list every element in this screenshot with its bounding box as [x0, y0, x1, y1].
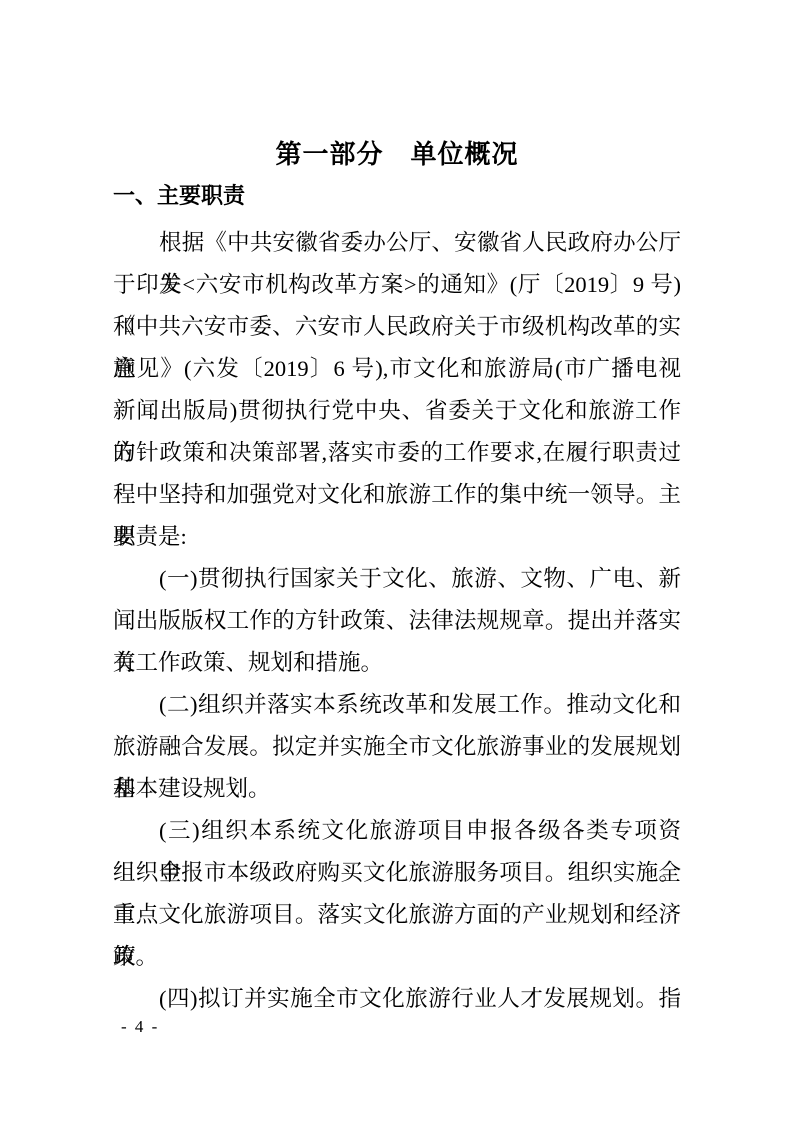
- text-line: 于印发<六安市机构改革方案>的通知》(厅〔2019〕9 号)和: [113, 264, 681, 306]
- text-line: (四)拟订并实施全市文化旅游行业人才发展规划。指: [113, 978, 681, 1020]
- paragraph-duty-2: (二)组织并落实本系统改革和发展工作。推动文化和 旅游融合发展。拟定并实施全市文…: [113, 684, 681, 810]
- page-title: 第一部分 单位概况: [113, 138, 681, 172]
- text-line: 策。: [113, 936, 681, 978]
- text-line: 新闻出版局)贯彻执行党中央、省委关于文化和旅游工作的: [113, 390, 681, 432]
- text-line: 组织申报市本级政府购买文化旅游服务项目。组织实施全市: [113, 852, 681, 894]
- text-line: 关工作政策、规划和措施。: [113, 642, 681, 684]
- page-number: - 4 -: [121, 1017, 159, 1037]
- paragraph-duty-3: (三)组织本系统文化旅游项目申报各级各类专项资金。 组织申报市本级政府购买文化旅…: [113, 810, 681, 978]
- text-line: 旅游融合发展。拟定并实施全市文化旅游事业的发展规划和: [113, 726, 681, 768]
- text-line: 基本建设规划。: [113, 768, 681, 810]
- text-line: 方针政策和决策部署,落实市委的工作要求,在履行职责过: [113, 432, 681, 474]
- document-page: 第一部分 单位概况 一、主要职责 根据《中共安徽省委办公厅、安徽省人民政府办公厅…: [0, 0, 793, 1122]
- text-line: 根据《中共安徽省委办公厅、安徽省人民政府办公厅关: [113, 222, 681, 264]
- text-line: 职责是:: [113, 516, 681, 558]
- text-line: 闻出版版权工作的方针政策、法律法规规章。提出并落实有: [113, 600, 681, 642]
- section-heading: 一、主要职责: [113, 183, 681, 210]
- text-line: 《中共六安市委、六安市人民政府关于市级机构改革的实施: [113, 306, 681, 348]
- text-line: 意见》(六发〔2019〕6 号),市文化和旅游局(市广播电视: [113, 348, 681, 390]
- paragraph-duty-4: (四)拟订并实施全市文化旅游行业人才发展规划。指: [113, 978, 681, 1020]
- text-line: 程中坚持和加强党对文化和旅游工作的集中统一领导。主要: [113, 474, 681, 516]
- text-line: 重点文化旅游项目。落实文化旅游方面的产业规划和经济政: [113, 894, 681, 936]
- body-text: 根据《中共安徽省委办公厅、安徽省人民政府办公厅关 于印发<六安市机构改革方案>的…: [113, 222, 681, 1020]
- text-line: (二)组织并落实本系统改革和发展工作。推动文化和: [113, 684, 681, 726]
- text-line: (三)组织本系统文化旅游项目申报各级各类专项资金。: [113, 810, 681, 852]
- document-content: 第一部分 单位概况 一、主要职责 根据《中共安徽省委办公厅、安徽省人民政府办公厅…: [113, 138, 681, 1020]
- text-line: (一)贯彻执行国家关于文化、旅游、文物、广电、新: [113, 558, 681, 600]
- paragraph-duty-1: (一)贯彻执行国家关于文化、旅游、文物、广电、新 闻出版版权工作的方针政策、法律…: [113, 558, 681, 684]
- paragraph-intro: 根据《中共安徽省委办公厅、安徽省人民政府办公厅关 于印发<六安市机构改革方案>的…: [113, 222, 681, 558]
